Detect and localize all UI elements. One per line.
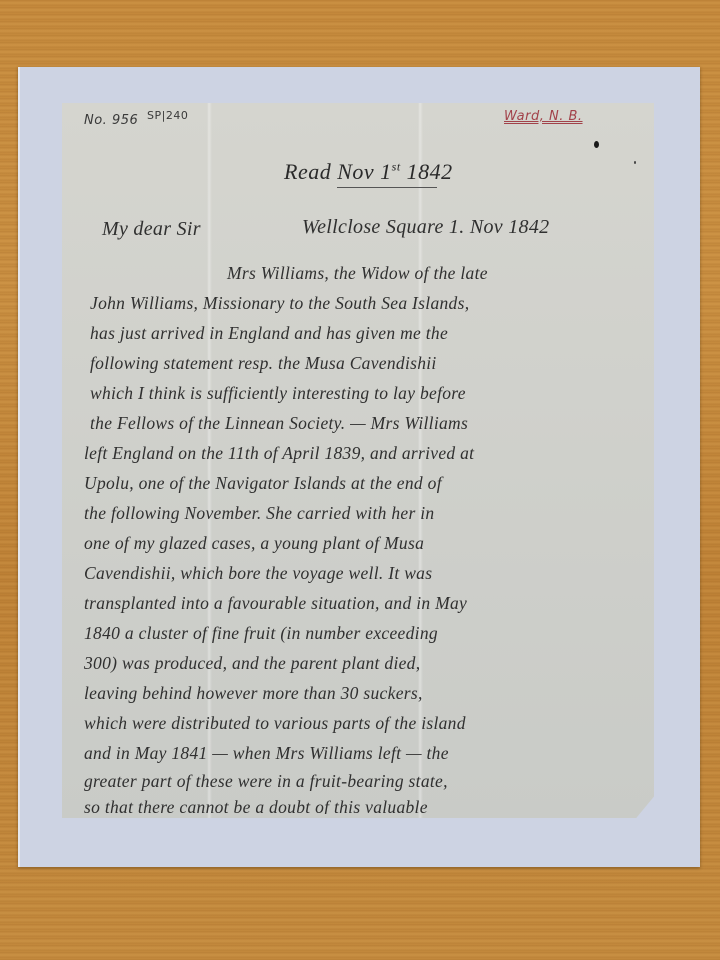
letter-line: Upolu, one of the Navigator Islands at t…: [84, 473, 442, 494]
received-superscript: st: [392, 160, 401, 174]
letter-line: the following November. She carried with…: [84, 503, 434, 524]
letter-line: 300) was produced, and the parent plant …: [84, 653, 420, 674]
letter-line: Cavendishii, which bore the voyage well.…: [84, 563, 432, 584]
address-date: Wellclose Square 1. Nov 1842: [302, 216, 549, 239]
received-underline: [337, 187, 437, 188]
letter-line: has just arrived in England and has give…: [90, 323, 448, 344]
ink-speck: [634, 161, 636, 164]
received-prefix: Read Nov 1: [284, 159, 392, 184]
catalog-number: No. 956: [84, 113, 138, 128]
letter-line: leaving behind however more than 30 suck…: [84, 683, 423, 704]
letter-line: one of my glazed cases, a young plant of…: [84, 533, 424, 554]
letter-line: which were distributed to various parts …: [84, 713, 466, 734]
reference-code: SP|240: [147, 109, 188, 122]
letter-line: left England on the 11th of April 1839, …: [84, 443, 474, 464]
letter-line: and in May 1841 — when Mrs Williams left…: [84, 743, 449, 764]
letter-line: the Fellows of the Linnean Society. — Mr…: [90, 413, 468, 434]
letter-sheet: No. 956 SP|240 Ward, N. B. Read Nov 1st …: [62, 103, 654, 818]
letter-line: so that there cannot be a doubt of this …: [84, 797, 428, 818]
letter-line: which I think is sufficiently interestin…: [90, 383, 466, 404]
salutation: My dear Sir: [102, 218, 201, 241]
letter-line: greater part of these were in a fruit-be…: [84, 771, 448, 792]
letter-line: following statement resp. the Musa Caven…: [90, 353, 437, 374]
received-note: Read Nov 1st 1842: [284, 159, 453, 185]
received-year: 1842: [407, 159, 453, 184]
letter-line: 1840 a cluster of fine fruit (in number …: [84, 623, 438, 644]
letter-line: Mrs Williams, the Widow of the late: [227, 263, 488, 284]
letter-line: transplanted into a favourable situation…: [84, 593, 467, 614]
author-label: Ward, N. B.: [504, 109, 583, 124]
ink-blot: [594, 141, 599, 148]
letter-line: John Williams, Missionary to the South S…: [90, 293, 469, 314]
